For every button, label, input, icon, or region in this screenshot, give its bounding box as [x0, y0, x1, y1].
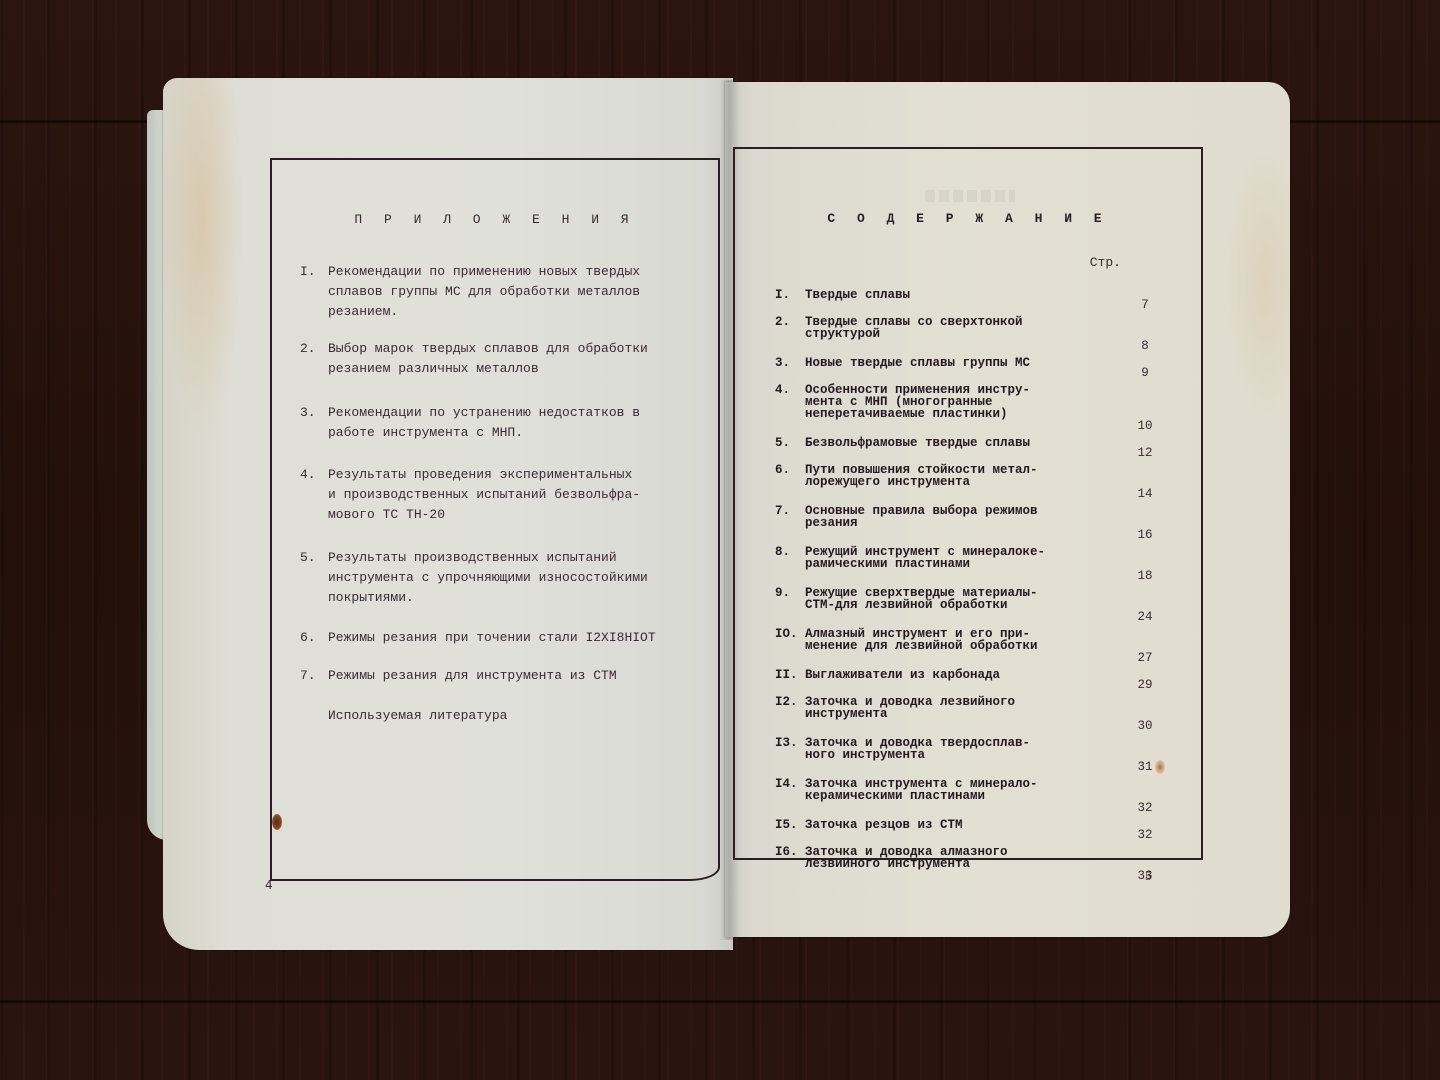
toc-page-number: 8: [1125, 340, 1165, 352]
toc-title: Алмазный инструмент и его при- менение д…: [805, 626, 1125, 652]
toc-entry: 8. Режущий инструмент с минералоке- рами…: [775, 544, 1165, 582]
toc-page-number: 18: [1125, 570, 1165, 582]
toc-page-number: 10: [1125, 420, 1165, 432]
toc-entry: I6. Заточка и доводка алмазного лезвийно…: [775, 844, 1165, 882]
appendix-number: 7.: [300, 666, 328, 686]
appendix-item: 7. Режимы резания для инструмента из СТМ: [300, 666, 710, 686]
appendices-heading: П Р И Л О Ж Е Н И Я: [272, 212, 718, 227]
toc-entry: 2. Твердые сплавы со сверхтонкой структу…: [775, 314, 1165, 352]
left-page-number: 4: [265, 878, 273, 892]
appendix-title: Результаты проведения экспериментальных …: [328, 465, 710, 525]
toc-page-number: 12: [1125, 447, 1165, 459]
toc-entry: 3. Новые твердые сплавы группы МС 9: [775, 355, 1165, 379]
rust-stain: [1155, 760, 1165, 774]
toc-title: Твердые сплавы со сверхтонкой структурой: [805, 314, 1125, 340]
page-column-header: Стр.: [1090, 255, 1121, 270]
toc-page-number: 7: [1125, 299, 1165, 311]
toc-title: Выглаживатели из карбонада: [805, 667, 1125, 681]
toc-title: Новые твердые сплавы группы МС: [805, 355, 1125, 369]
appendix-title: Выбор марок твердых сплавов для обработк…: [328, 339, 710, 379]
toc-title: Заточка и доводка алмазного лезвийного и…: [805, 844, 1125, 870]
toc-number: I5.: [775, 817, 805, 831]
appendix-number: I.: [300, 262, 328, 282]
toc-page-number: 14: [1125, 488, 1165, 500]
toc-entry: I. Твердые сплавы 7: [775, 287, 1165, 311]
toc-entry: 5. Безвольфрамовые твердые сплавы 12: [775, 435, 1165, 459]
appendix-number: 5.: [300, 548, 328, 568]
toc-number: 5.: [775, 435, 805, 449]
toc-title: Режущий инструмент с минералоке- рамичес…: [805, 544, 1125, 570]
toc-entry: II. Выглаживатели из карбонада 29: [775, 667, 1165, 691]
toc-title: Заточка и доводка лезвийного инструмента: [805, 694, 1125, 720]
appendix-item: 2. Выбор марок твердых сплавов для обраб…: [300, 339, 710, 379]
toc-number: I6.: [775, 844, 805, 858]
toc-entry: 6. Пути повышения стойкости метал- лореж…: [775, 462, 1165, 500]
toc-page-number: 32: [1125, 802, 1165, 814]
toc-title: Режущие сверхтвердые материалы- СТМ-для …: [805, 585, 1125, 611]
toc-number: 2.: [775, 314, 805, 328]
toc-entry: IO. Алмазный инструмент и его при- менен…: [775, 626, 1165, 664]
appendix-title: Результаты производственных испытаний ин…: [328, 548, 710, 608]
toc-entry: 7. Основные правила выбора режимов резан…: [775, 503, 1165, 541]
open-book: П Р И Л О Ж Е Н И Я I. Рекомендации по п…: [145, 70, 1295, 950]
toc-entry: I4. Заточка инструмента с минерало- кера…: [775, 776, 1165, 814]
toc-entry: I3. Заточка и доводка твердосплав- ного …: [775, 735, 1165, 773]
toc-number: 9.: [775, 585, 805, 599]
toc-page-number: 29: [1125, 679, 1165, 691]
toc-title: Заточка резцов из СТМ: [805, 817, 1125, 831]
right-page-number: 5: [1145, 868, 1152, 884]
toc-number: IO.: [775, 626, 805, 640]
appendix-title: Режимы резания для инструмента из СТМ: [328, 666, 710, 686]
toc-page-number: 27: [1125, 652, 1165, 664]
left-page-frame: П Р И Л О Ж Е Н И Я I. Рекомендации по п…: [270, 158, 720, 881]
toc-number: I.: [775, 287, 805, 301]
toc-title: Заточка и доводка твердосплав- ного инст…: [805, 735, 1125, 761]
toc-number: 7.: [775, 503, 805, 517]
appendix-item: 5. Результаты производственных испытаний…: [300, 548, 710, 608]
toc-entry: I2. Заточка и доводка лезвийного инструм…: [775, 694, 1165, 732]
toc-page-number: 24: [1125, 611, 1165, 623]
right-page-frame: С О Д Е Р Ж А Н И Е Стр. I. Твердые спла…: [733, 147, 1203, 860]
appendix-item: 4. Результаты проведения экспериментальн…: [300, 465, 710, 525]
toc-entry: 9. Режущие сверхтвердые материалы- СТМ-д…: [775, 585, 1165, 623]
table-of-contents: I. Твердые сплавы 7 2. Твердые сплавы со…: [775, 287, 1165, 885]
toc-number: I4.: [775, 776, 805, 790]
appendix-item: 3. Рекомендации по устранению недостатко…: [300, 403, 710, 443]
toc-number: 3.: [775, 355, 805, 369]
toc-number: I3.: [775, 735, 805, 749]
appendix-title: Режимы резания при точении стали I2XI8HI…: [328, 628, 710, 648]
appendix-item: I. Рекомендации по применению новых твер…: [300, 262, 710, 322]
toc-title: Пути повышения стойкости метал- лорежуще…: [805, 462, 1125, 488]
toc-page-number: 16: [1125, 529, 1165, 541]
toc-number: II.: [775, 667, 805, 681]
toc-title: Заточка инструмента с минерало- керамиче…: [805, 776, 1125, 802]
toc-title: Твердые сплавы: [805, 287, 1125, 301]
appendix-title: Рекомендации по применению новых твердых…: [328, 262, 710, 322]
rust-stain: [272, 814, 282, 830]
appendices-list: I. Рекомендации по применению новых твер…: [300, 262, 710, 726]
table-plank-gap: [0, 1000, 1440, 1003]
toc-title: Основные правила выбора режимов резания: [805, 503, 1125, 529]
toc-number: 4.: [775, 382, 805, 396]
literature-entry: Используемая литература: [300, 706, 710, 726]
toc-entry: I5. Заточка резцов из СТМ 32: [775, 817, 1165, 841]
contents-heading: С О Д Е Р Ж А Н И Е: [735, 211, 1201, 226]
appendix-title: Рекомендации по устранению недостатков в…: [328, 403, 710, 443]
toc-number: I2.: [775, 694, 805, 708]
toc-page-number: 32: [1125, 829, 1165, 841]
toc-page-number: 30: [1125, 720, 1165, 732]
toc-entry: 4. Особенности применения инстру- мента …: [775, 382, 1165, 432]
appendix-number: 6.: [300, 628, 328, 648]
appendix-number: 3.: [300, 403, 328, 423]
appendix-number: 2.: [300, 339, 328, 359]
toc-page-number: 9: [1125, 367, 1165, 379]
appendix-item: 6. Режимы резания при точении стали I2XI…: [300, 628, 710, 648]
toc-number: 6.: [775, 462, 805, 476]
toc-number: 8.: [775, 544, 805, 558]
appendix-number: 4.: [300, 465, 328, 485]
left-page: П Р И Л О Ж Е Н И Я I. Рекомендации по п…: [163, 78, 733, 950]
toc-title: Особенности применения инстру- мента с М…: [805, 382, 1125, 420]
toc-title: Безвольфрамовые твердые сплавы: [805, 435, 1125, 449]
